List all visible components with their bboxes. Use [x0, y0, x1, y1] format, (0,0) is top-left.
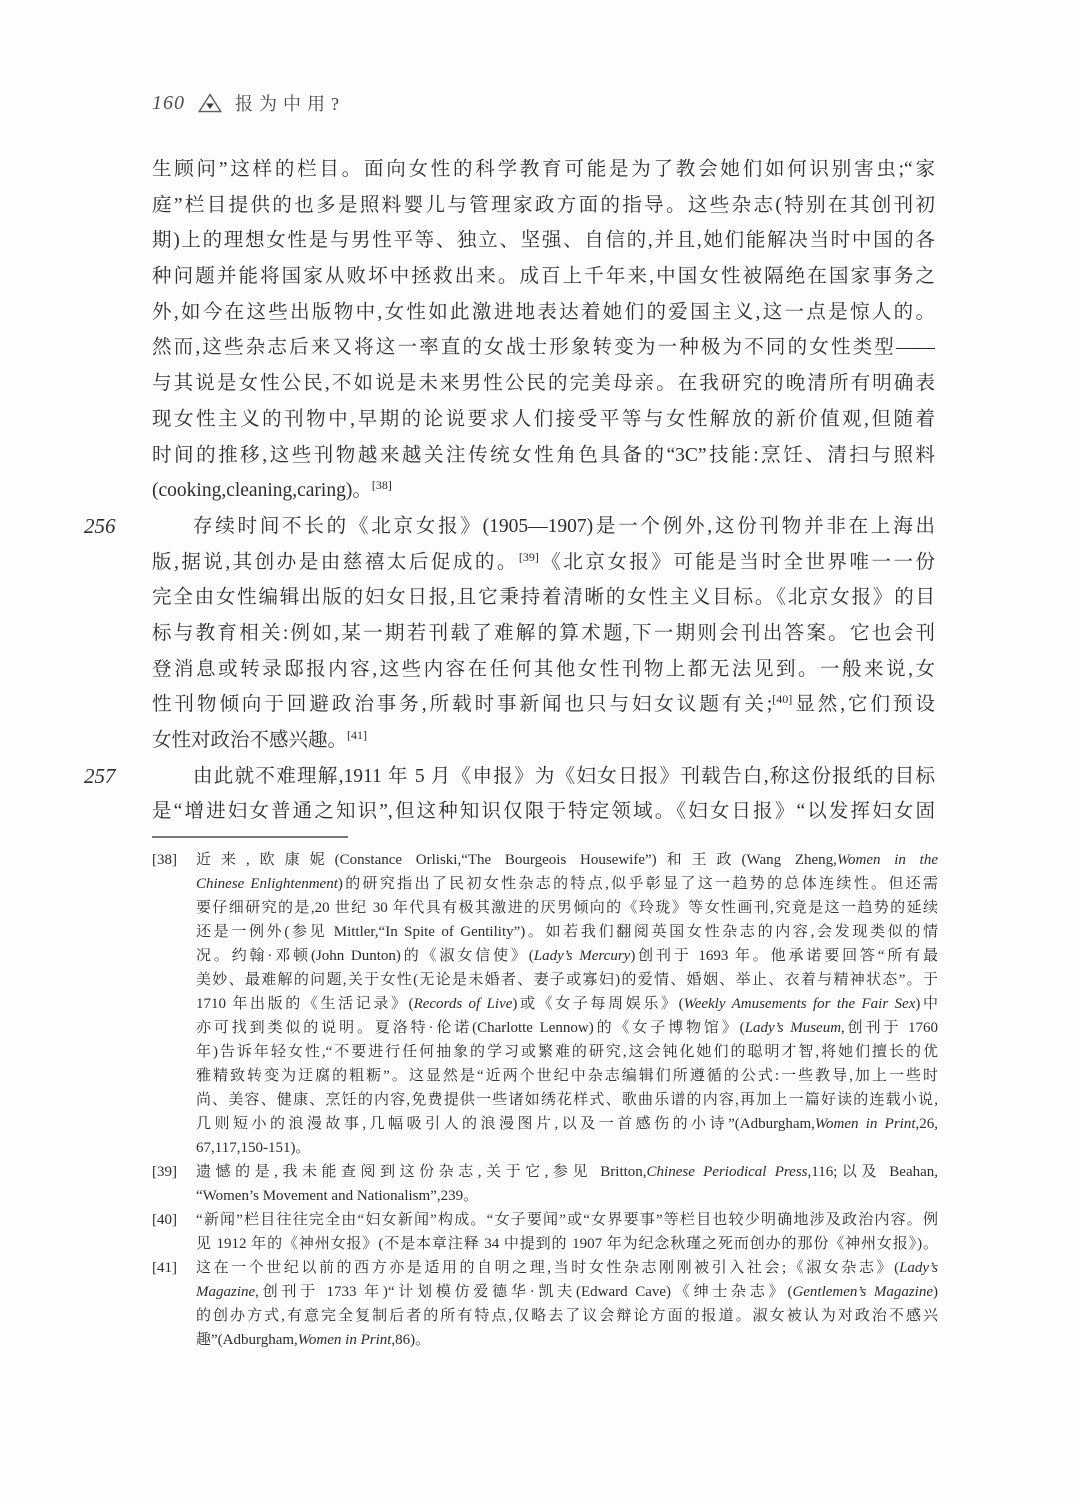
italic-title: Lady’s [899, 1260, 938, 1276]
footnote-line: 尚、美容、健康、烹饪的内容,免费提供一些诸如绣花样式、歌曲乐谱的内容,再加上一篇… [196, 1088, 938, 1112]
italic-title: Lady’s Museum [745, 1020, 841, 1036]
margin-paragraph-number: 256 [84, 509, 144, 545]
text-run: 这在一个世纪以前的西方亦是适用的自明之理,当时女性杂志刚刚被引入社会;《淑女杂志… [196, 1260, 899, 1276]
footnote-line: “新闻”栏目往往完全由“妇女新闻”构成。“女子要闻”或“女界要事”等栏目也较少明… [196, 1208, 938, 1232]
text-run: 生顾问”这样的栏目。面向女性的科学教育可能是为了教会她们如何识别害虫;“家 [152, 159, 935, 180]
text-run: 趣”(Adburgham, [196, 1332, 298, 1348]
footnote-line: Chinese Enlightenment)的研究指出了民初女性杂志的特点,似乎… [196, 872, 938, 896]
footnote-line: 67,117,150-151)。 [196, 1136, 938, 1160]
text-run: 亦可找到类似的说明。夏洛特·伦诺(Charlotte Lennow)的《女子博物… [196, 1020, 745, 1036]
text-run: “新闻”栏目往往完全由“妇女新闻”构成。“女子要闻”或“女界要事”等栏目也较少明… [196, 1212, 938, 1228]
footnote-reference: [41] [347, 728, 367, 742]
body-line: 女性对政治不感兴趣。[41] [152, 723, 935, 759]
italic-title: Gentlemen’s Magazine [792, 1284, 933, 1300]
footnote-line: 趣”(Adburgham,Women in Print,86)。 [196, 1328, 938, 1352]
text-run: 完全由女性编辑出版的妇女日报,且它秉持着清晰的女性主义目标。《北京女报》的目 [152, 587, 935, 608]
text-run: 庭”栏目提供的也多是照料婴儿与管理家政方面的指导。这些杂志(特别在其创刊初 [152, 195, 935, 216]
footnote: [39]遗憾的是,我未能查阅到这份杂志,关于它,参见 Britton,Chine… [152, 1160, 938, 1208]
italic-title: Women in Print [298, 1332, 392, 1348]
footnote-line: 要仔细研究的是,20 世纪 30 年代具有极其激进的厌男倾向的《玲珑》等女性画刊… [196, 896, 938, 920]
chapter-title: 报为中用? [235, 90, 345, 116]
text-run: 现女性主义的刊物中,早期的论说要求人们接受平等与女性解放的新价值观,但随着 [152, 409, 935, 430]
text-run: 67,117,150-151)。 [196, 1140, 310, 1156]
body-line: 版,据说,其创办是由慈禧太后促成的。[39]《北京女报》可能是当时全世界唯一一份 [152, 545, 935, 581]
text-run: 见 1912 年的《神州女报》(不是本章注释 34 中提到的 1907 年为纪念… [196, 1236, 938, 1252]
text-run: 遗憾的是,我未能查阅到这份杂志,关于它,参见 Britton, [196, 1164, 647, 1180]
italic-title: Lady’s Mercury [534, 948, 631, 964]
footnote: [38]近来,欧康妮(Constance Orliski,“The Bourge… [152, 848, 938, 1160]
footnote-line: 雅精致转变为迂腐的粗粝”。这显然是“近两个世纪中杂志编辑们所遵循的公式:一些教导… [196, 1064, 938, 1088]
text-run: 登消息或转录邸报内容,这些内容在任何其他女性刊物上都无法见到。一般来说,女 [152, 659, 935, 680]
text-run: 性刊物倾向于回避政治事务,所载时事新闻也只与妇女议题有关; [152, 694, 772, 715]
footnotes: [38]近来,欧康妮(Constance Orliski,“The Bourge… [152, 848, 938, 1352]
footnote-line: 遗憾的是,我未能查阅到这份杂志,关于它,参见 Britton,Chinese P… [196, 1160, 938, 1184]
footnote-line: 况。约翰·邓顿(John Dunton)的《淑女信使》(Lady’s Mercu… [196, 944, 938, 968]
triangle-publisher-mark-icon [198, 93, 222, 113]
text-run: 然而,这些杂志后来又将这一率直的女战士形象转变为一种极为不同的女性类型—— [152, 337, 935, 358]
italic-title: Women in Print [815, 1116, 916, 1132]
footnote-line: 美妙、最难解的问题,关于女性(无论是未婚者、妻子或寡妇)的爱情、婚姻、举止、衣着… [196, 968, 938, 992]
text-run: 要仔细研究的是,20 世纪 30 年代具有极其激进的厌男倾向的《玲珑》等女性画刊… [196, 900, 938, 916]
text-run: 外,如今在这些出版物中,女性如此激进地表达着她们的爱国主义,这一点是惊人的。 [152, 302, 935, 323]
footnote-line: 这在一个世纪以前的西方亦是适用的自明之理,当时女性杂志刚刚被引入社会;《淑女杂志… [196, 1256, 938, 1280]
body-line: 是“增进妇女普通之知识”,但这种知识仅限于特定领域。《妇女日报》“以发挥妇女固 [152, 794, 935, 830]
footnote-reference: [40] [772, 692, 792, 706]
text-run: 还是一例外(参见 Mittler,“In Spite of Gentility”… [196, 924, 938, 940]
body-line: 登消息或转录邸报内容,这些内容在任何其他女性刊物上都无法见到。一般来说,女 [152, 652, 935, 688]
text-run: )或《女子每周娱乐》( [512, 996, 683, 1012]
italic-title: Women in the [837, 852, 938, 868]
body-line: 期)上的理想女性是与男性平等、独立、坚强、自信的,并且,她们能解决当时中国的各 [152, 223, 935, 259]
footnote-line: 还是一例外(参见 Mittler,“In Spite of Gentility”… [196, 920, 938, 944]
body-line: 完全由女性编辑出版的妇女日报,且它秉持着清晰的女性主义目标。《北京女报》的目 [152, 580, 935, 616]
book-page: 160 报为中用? 生顾问”这样的栏目。面向女性的科学教育可能是为了教会她们如何… [0, 0, 1080, 1504]
footnote-line: 近来,欧康妮(Constance Orliski,“The Bourgeois … [196, 848, 938, 872]
page-number: 160 [152, 92, 185, 115]
text-run: 女性对政治不感兴趣。 [152, 730, 347, 751]
footnote-label: [38] [152, 848, 177, 872]
footnote: [41]这在一个世纪以前的西方亦是适用的自明之理,当时女性杂志刚刚被引入社会;《… [152, 1256, 938, 1352]
body-line: 性刊物倾向于回避政治事务,所载时事新闻也只与妇女议题有关;[40]显然,它们预设 [152, 687, 935, 723]
text-run: (cooking,cleaning,caring)。 [152, 480, 372, 501]
text-run: 近来,欧康妮(Constance Orliski,“The Bourgeois … [196, 852, 837, 868]
italic-title: Chinese Periodical Press [647, 1164, 808, 1180]
text-run: 显然,它们预设 [792, 694, 935, 715]
running-head: 160 报为中用? [152, 90, 345, 116]
footnote-reference: [39] [519, 550, 539, 564]
text-run: 标与教育相关:例如,某一期若刊载了难解的算术题,下一期则会刊出答案。它也会刊 [152, 623, 935, 644]
text-run: ,86)。 [391, 1332, 430, 1348]
text-run: 存续时间不长的《北京女报》(1905—1907)是一个例外,这份刊物并非在上海出 [193, 516, 935, 537]
text-run: 尚、美容、健康、烹饪的内容,免费提供一些诸如绣花样式、歌曲乐谱的内容,再加上一篇… [196, 1092, 938, 1108]
text-run: “Women’s Movement and Nationalism”,239。 [196, 1188, 478, 1204]
footnote: [40]“新闻”栏目往往完全由“妇女新闻”构成。“女子要闻”或“女界要事”等栏目… [152, 1208, 938, 1256]
body-line: 与其说是女性公民,不如说是未来男性公民的完美母亲。在我研究的晚清所有明确表 [152, 366, 935, 402]
text-run: 种问题并能将国家从败坏中拯救出来。成百上千年来,中国女性被隔绝在国家事务之 [152, 266, 935, 287]
body-line: 庭”栏目提供的也多是照料婴儿与管理家政方面的指导。这些杂志(特别在其创刊初 [152, 188, 935, 224]
italic-title: Records of Live [414, 996, 513, 1012]
text-run: 1710 年出版的《生活记录》( [196, 996, 414, 1012]
body-line: 现女性主义的刊物中,早期的论说要求人们接受平等与女性解放的新价值观,但随着 [152, 402, 935, 438]
footnote-line: 的创办方式,有意完全复制后者的所有特点,仅略去了议会辩论方面的报道。淑女被认为对… [196, 1304, 938, 1328]
text-run: 由此就不难理解,1911 年 5 月《申报》为《妇女日报》刊载告白,称这份报纸的… [193, 766, 935, 787]
text-run: ,26, [916, 1116, 939, 1132]
text-run: 美妙、最难解的问题,关于女性(无论是未婚者、妻子或寡妇)的爱情、婚姻、举止、衣着… [196, 972, 938, 988]
body-line: 然而,这些杂志后来又将这一率直的女战士形象转变为一种极为不同的女性类型—— [152, 330, 935, 366]
text-run: 况。约翰·邓顿(John Dunton)的《淑女信使》( [196, 948, 534, 964]
footnote-label: [40] [152, 1208, 177, 1232]
text-run: 年)告诉年轻女性,“不要进行任何抽象的学习或繁难的研究,这会钝化她们的聪明才智,… [196, 1044, 938, 1060]
text-run: ,创刊于 1733 年)“计划模仿爱德华·凯夫(Edward Cave)《绅士杂… [255, 1284, 792, 1300]
body-line: 标与教育相关:例如,某一期若刊载了难解的算术题,下一期则会刊出答案。它也会刊 [152, 616, 935, 652]
text-run: 《北京女报》可能是当时全世界唯一一份 [539, 552, 935, 573]
text-run: )中 [915, 996, 938, 1012]
footnote-label: [39] [152, 1160, 177, 1184]
footnote-reference: [38] [372, 478, 392, 492]
text-run: 是“增进妇女普通之知识”,但这种知识仅限于特定领域。《妇女日报》“以发挥妇女固 [152, 801, 935, 822]
italic-title: Weekly Amusements for the Fair Sex [684, 996, 916, 1012]
footnote-line: 亦可找到类似的说明。夏洛特·伦诺(Charlotte Lennow)的《女子博物… [196, 1016, 938, 1040]
footnote-line: 年)告诉年轻女性,“不要进行任何抽象的学习或繁难的研究,这会钝化她们的聪明才智,… [196, 1040, 938, 1064]
text-run: 与其说是女性公民,不如说是未来男性公民的完美母亲。在我研究的晚清所有明确表 [152, 373, 935, 394]
footnote-label: [41] [152, 1256, 177, 1280]
body-text: 生顾问”这样的栏目。面向女性的科学教育可能是为了教会她们如何识别害虫;“家庭”栏… [152, 152, 935, 830]
text-run: ,116;以及 Beahan, [808, 1164, 938, 1180]
footnote-separator [152, 836, 348, 838]
footnote-line: “Women’s Movement and Nationalism”,239。 [196, 1184, 938, 1208]
body-line: 种问题并能将国家从败坏中拯救出来。成百上千年来,中国女性被隔绝在国家事务之 [152, 259, 935, 295]
italic-title: Chinese Enlightenment [196, 876, 338, 892]
text-run: 雅精致转变为迂腐的粗粝”。这显然是“近两个世纪中杂志编辑们所遵循的公式:一些教导… [196, 1068, 938, 1084]
text-run: 的创办方式,有意完全复制后者的所有特点,仅略去了议会辩论方面的报道。淑女被认为对… [196, 1308, 938, 1324]
text-run: 几则短小的浪漫故事,几幅吸引人的浪漫图片,以及一首感伤的小诗”(Adburgha… [196, 1116, 815, 1132]
text-run: 时间的推移,这些刊物越来越关注传统女性角色具备的“3C”技能:烹饪、清扫与照料 [152, 445, 935, 466]
footnote-line: 几则短小的浪漫故事,几幅吸引人的浪漫图片,以及一首感伤的小诗”(Adburgha… [196, 1112, 938, 1136]
italic-title: Magazine [196, 1284, 255, 1300]
margin-paragraph-number: 257 [84, 759, 144, 795]
text-run: 期)上的理想女性是与男性平等、独立、坚强、自信的,并且,她们能解决当时中国的各 [152, 230, 935, 251]
text-run: 版,据说,其创办是由慈禧太后促成的。 [152, 552, 519, 573]
footnote-line: 1710 年出版的《生活记录》(Records of Live)或《女子每周娱乐… [196, 992, 938, 1016]
body-line: 存续时间不长的《北京女报》(1905—1907)是一个例外,这份刊物并非在上海出 [152, 509, 935, 545]
body-line: (cooking,cleaning,caring)。[38] [152, 473, 935, 509]
body-line: 生顾问”这样的栏目。面向女性的科学教育可能是为了教会她们如何识别害虫;“家 [152, 152, 935, 188]
footnote-line: Magazine,创刊于 1733 年)“计划模仿爱德华·凯夫(Edward C… [196, 1280, 938, 1304]
text-run: )的研究指出了民初女性杂志的特点,似乎彰显了这一趋势的总体连续性。但还需 [338, 876, 938, 892]
body-line: 由此就不难理解,1911 年 5 月《申报》为《妇女日报》刊载告白,称这份报纸的… [152, 759, 935, 795]
text-run: )创刊于 1693 年。他承诺要回答“所有最 [630, 948, 938, 964]
body-line: 时间的推移,这些刊物越来越关注传统女性角色具备的“3C”技能:烹饪、清扫与照料 [152, 438, 935, 474]
text-run: ,创刊于 1760 [841, 1020, 938, 1036]
body-line: 外,如今在这些出版物中,女性如此激进地表达着她们的爱国主义,这一点是惊人的。 [152, 295, 935, 331]
footnote-line: 见 1912 年的《神州女报》(不是本章注释 34 中提到的 1907 年为纪念… [196, 1232, 938, 1256]
text-run: ) [933, 1284, 938, 1300]
